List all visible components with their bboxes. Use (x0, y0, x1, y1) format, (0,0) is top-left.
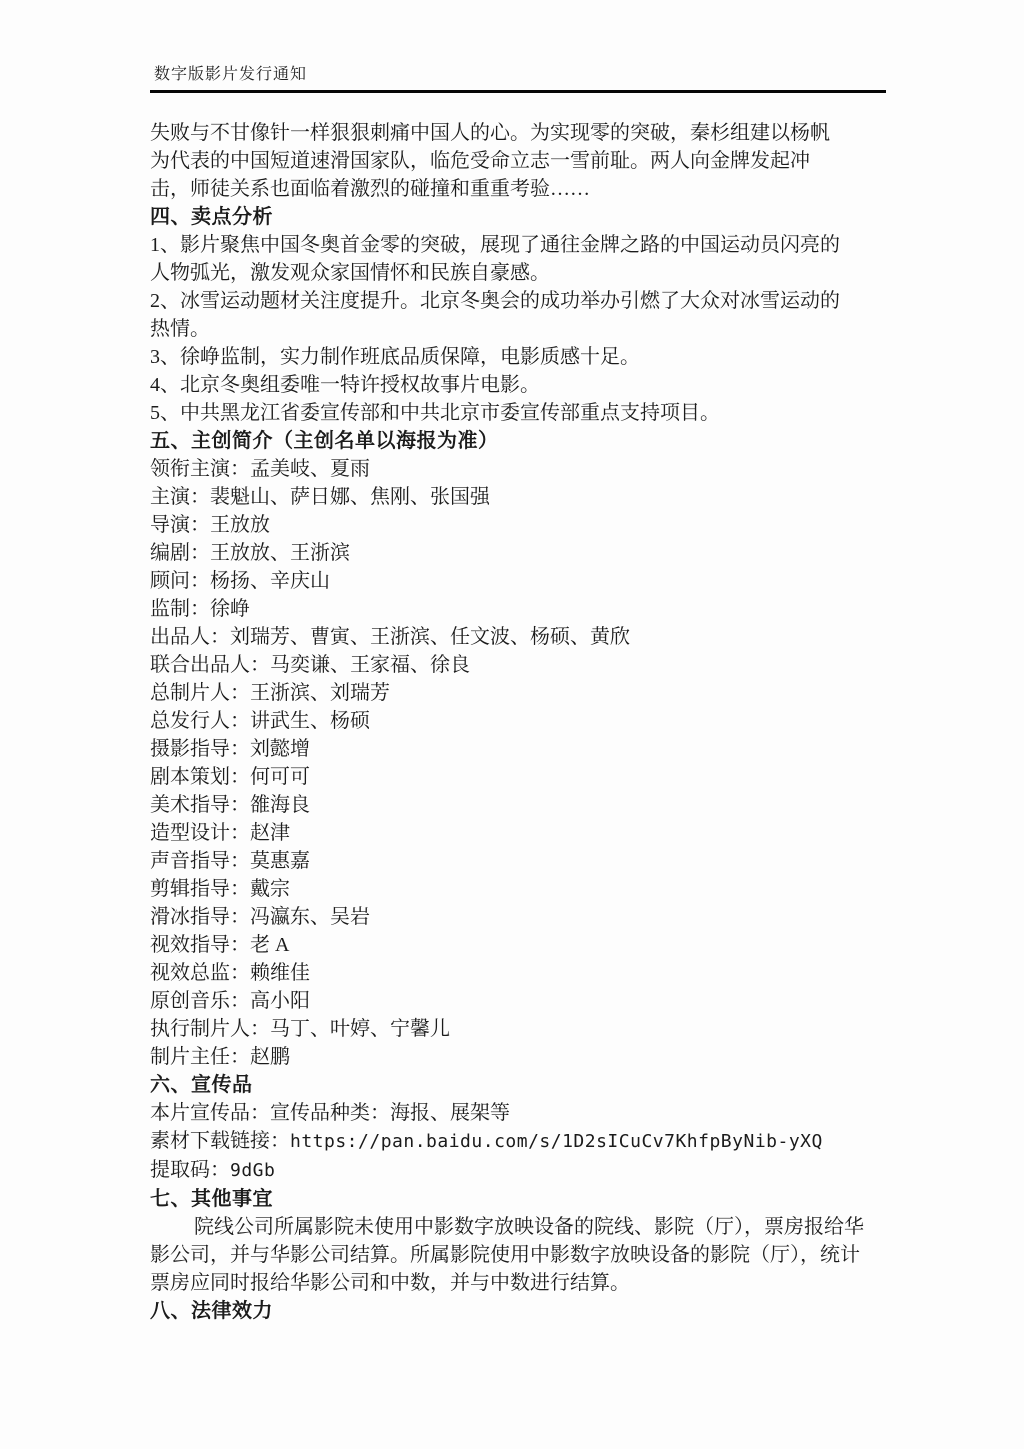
credit-line: 主演：裴魁山、萨日娜、焦刚、张国强 (150, 483, 890, 511)
selling-point-item: 4、北京冬奥组委唯一特许授权故事片电影。 (150, 371, 855, 399)
selling-point-item: 1、影片聚焦中国冬奥首金零的突破，展现了通往金牌之路的中国运动员闪亮的人物弧光，… (150, 231, 855, 287)
credit-line: 滑冰指导：冯瀛东、吴岩 (150, 903, 890, 931)
credit-line: 导演：王放放 (150, 511, 890, 539)
credit-line: 剪辑指导：戴宗 (150, 875, 890, 903)
other-matters-paragraph: 院线公司所属影院未使用中影数字放映设备的院线、影院（厅），票房报给华影公司，并与… (150, 1213, 865, 1297)
credit-line: 制片主任：赵鹏 (150, 1043, 890, 1071)
credit-line: 剧本策划：何可可 (150, 763, 890, 791)
document-header: 数字版影片发行通知 (150, 64, 890, 93)
credit-line: 出品人：刘瑞芳、曹寅、王浙滨、任文波、杨硕、黄欣 (150, 623, 890, 651)
promo-block: 本片宣传品：宣传品种类：海报、展架等 素材下载链接：https://pan.ba… (150, 1099, 890, 1185)
section-title-cast-crew: 五、主创简介（主创名单以海报为准） (150, 427, 890, 455)
document-page: 数字版影片发行通知 失败与不甘像针一样狠狠刺痛中国人的心。为实现零的突破，秦杉组… (0, 0, 1024, 1449)
credit-line: 总制片人：王浙滨、刘瑞芳 (150, 679, 890, 707)
section-title-promo: 六、宣传品 (150, 1071, 890, 1099)
section-title-other-matters: 七、其他事宜 (150, 1185, 890, 1213)
promo-items-line: 本片宣传品：宣传品种类：海报、展架等 (150, 1099, 890, 1127)
download-url: https://pan.baidu.com/s/1D2sICuCv7KhfpBy… (290, 1131, 823, 1152)
credit-line: 视效指导：老 A (150, 931, 890, 959)
credit-line: 视效总监：赖维佳 (150, 959, 890, 987)
credit-line: 领衔主演：孟美岐、夏雨 (150, 455, 890, 483)
header-divider (150, 90, 886, 93)
selling-point-item: 2、冰雪运动题材关注度提升。北京冬奥会的成功举办引燃了大众对冰雪运动的热情。 (150, 287, 855, 343)
section-title-selling-points: 四、卖点分析 (150, 203, 890, 231)
selling-points-list: 1、影片聚焦中国冬奥首金零的突破，展现了通往金牌之路的中国运动员闪亮的人物弧光，… (150, 231, 890, 427)
extraction-code-value: 9dGb (230, 1160, 275, 1181)
credit-line: 声音指导：莫惠嘉 (150, 847, 890, 875)
credit-line: 编剧：王放放、王浙滨 (150, 539, 890, 567)
cast-crew-list: 领衔主演：孟美岐、夏雨 主演：裴魁山、萨日娜、焦刚、张国强 导演：王放放 编剧：… (150, 455, 890, 1071)
document-body: 失败与不甘像针一样狠狠刺痛中国人的心。为实现零的突破，秦杉组建以杨帆为代表的中国… (150, 119, 890, 1325)
credit-line: 原创音乐：高小阳 (150, 987, 890, 1015)
extraction-code-label: 提取码： (150, 1159, 230, 1181)
synopsis-paragraph: 失败与不甘像针一样狠狠刺痛中国人的心。为实现零的突破，秦杉组建以杨帆为代表的中国… (150, 119, 847, 203)
selling-point-item: 5、中共黑龙江省委宣传部和中共北京市委宣传部重点支持项目。 (150, 399, 855, 427)
selling-point-item: 3、徐峥监制，实力制作班底品质保障，电影质感十足。 (150, 343, 855, 371)
material-link-line: 素材下载链接：https://pan.baidu.com/s/1D2sICuCv… (150, 1127, 890, 1156)
credit-line: 顾问：杨扬、辛庆山 (150, 567, 890, 595)
credit-line: 总发行人：讲武生、杨硕 (150, 707, 890, 735)
credit-line: 美术指导：雒海良 (150, 791, 890, 819)
credit-line: 监制：徐峥 (150, 595, 890, 623)
section-title-legal: 八、法律效力 (150, 1297, 890, 1325)
credit-line: 造型设计：赵津 (150, 819, 890, 847)
document-header-title: 数字版影片发行通知 (150, 64, 890, 86)
extraction-code-line: 提取码：9dGb (150, 1156, 890, 1185)
material-link-label: 素材下载链接： (150, 1130, 290, 1152)
credit-line: 摄影指导：刘懿增 (150, 735, 890, 763)
credit-line: 执行制片人：马丁、叶婷、宁馨儿 (150, 1015, 890, 1043)
credit-line: 联合出品人：马奕谦、王家福、徐良 (150, 651, 890, 679)
